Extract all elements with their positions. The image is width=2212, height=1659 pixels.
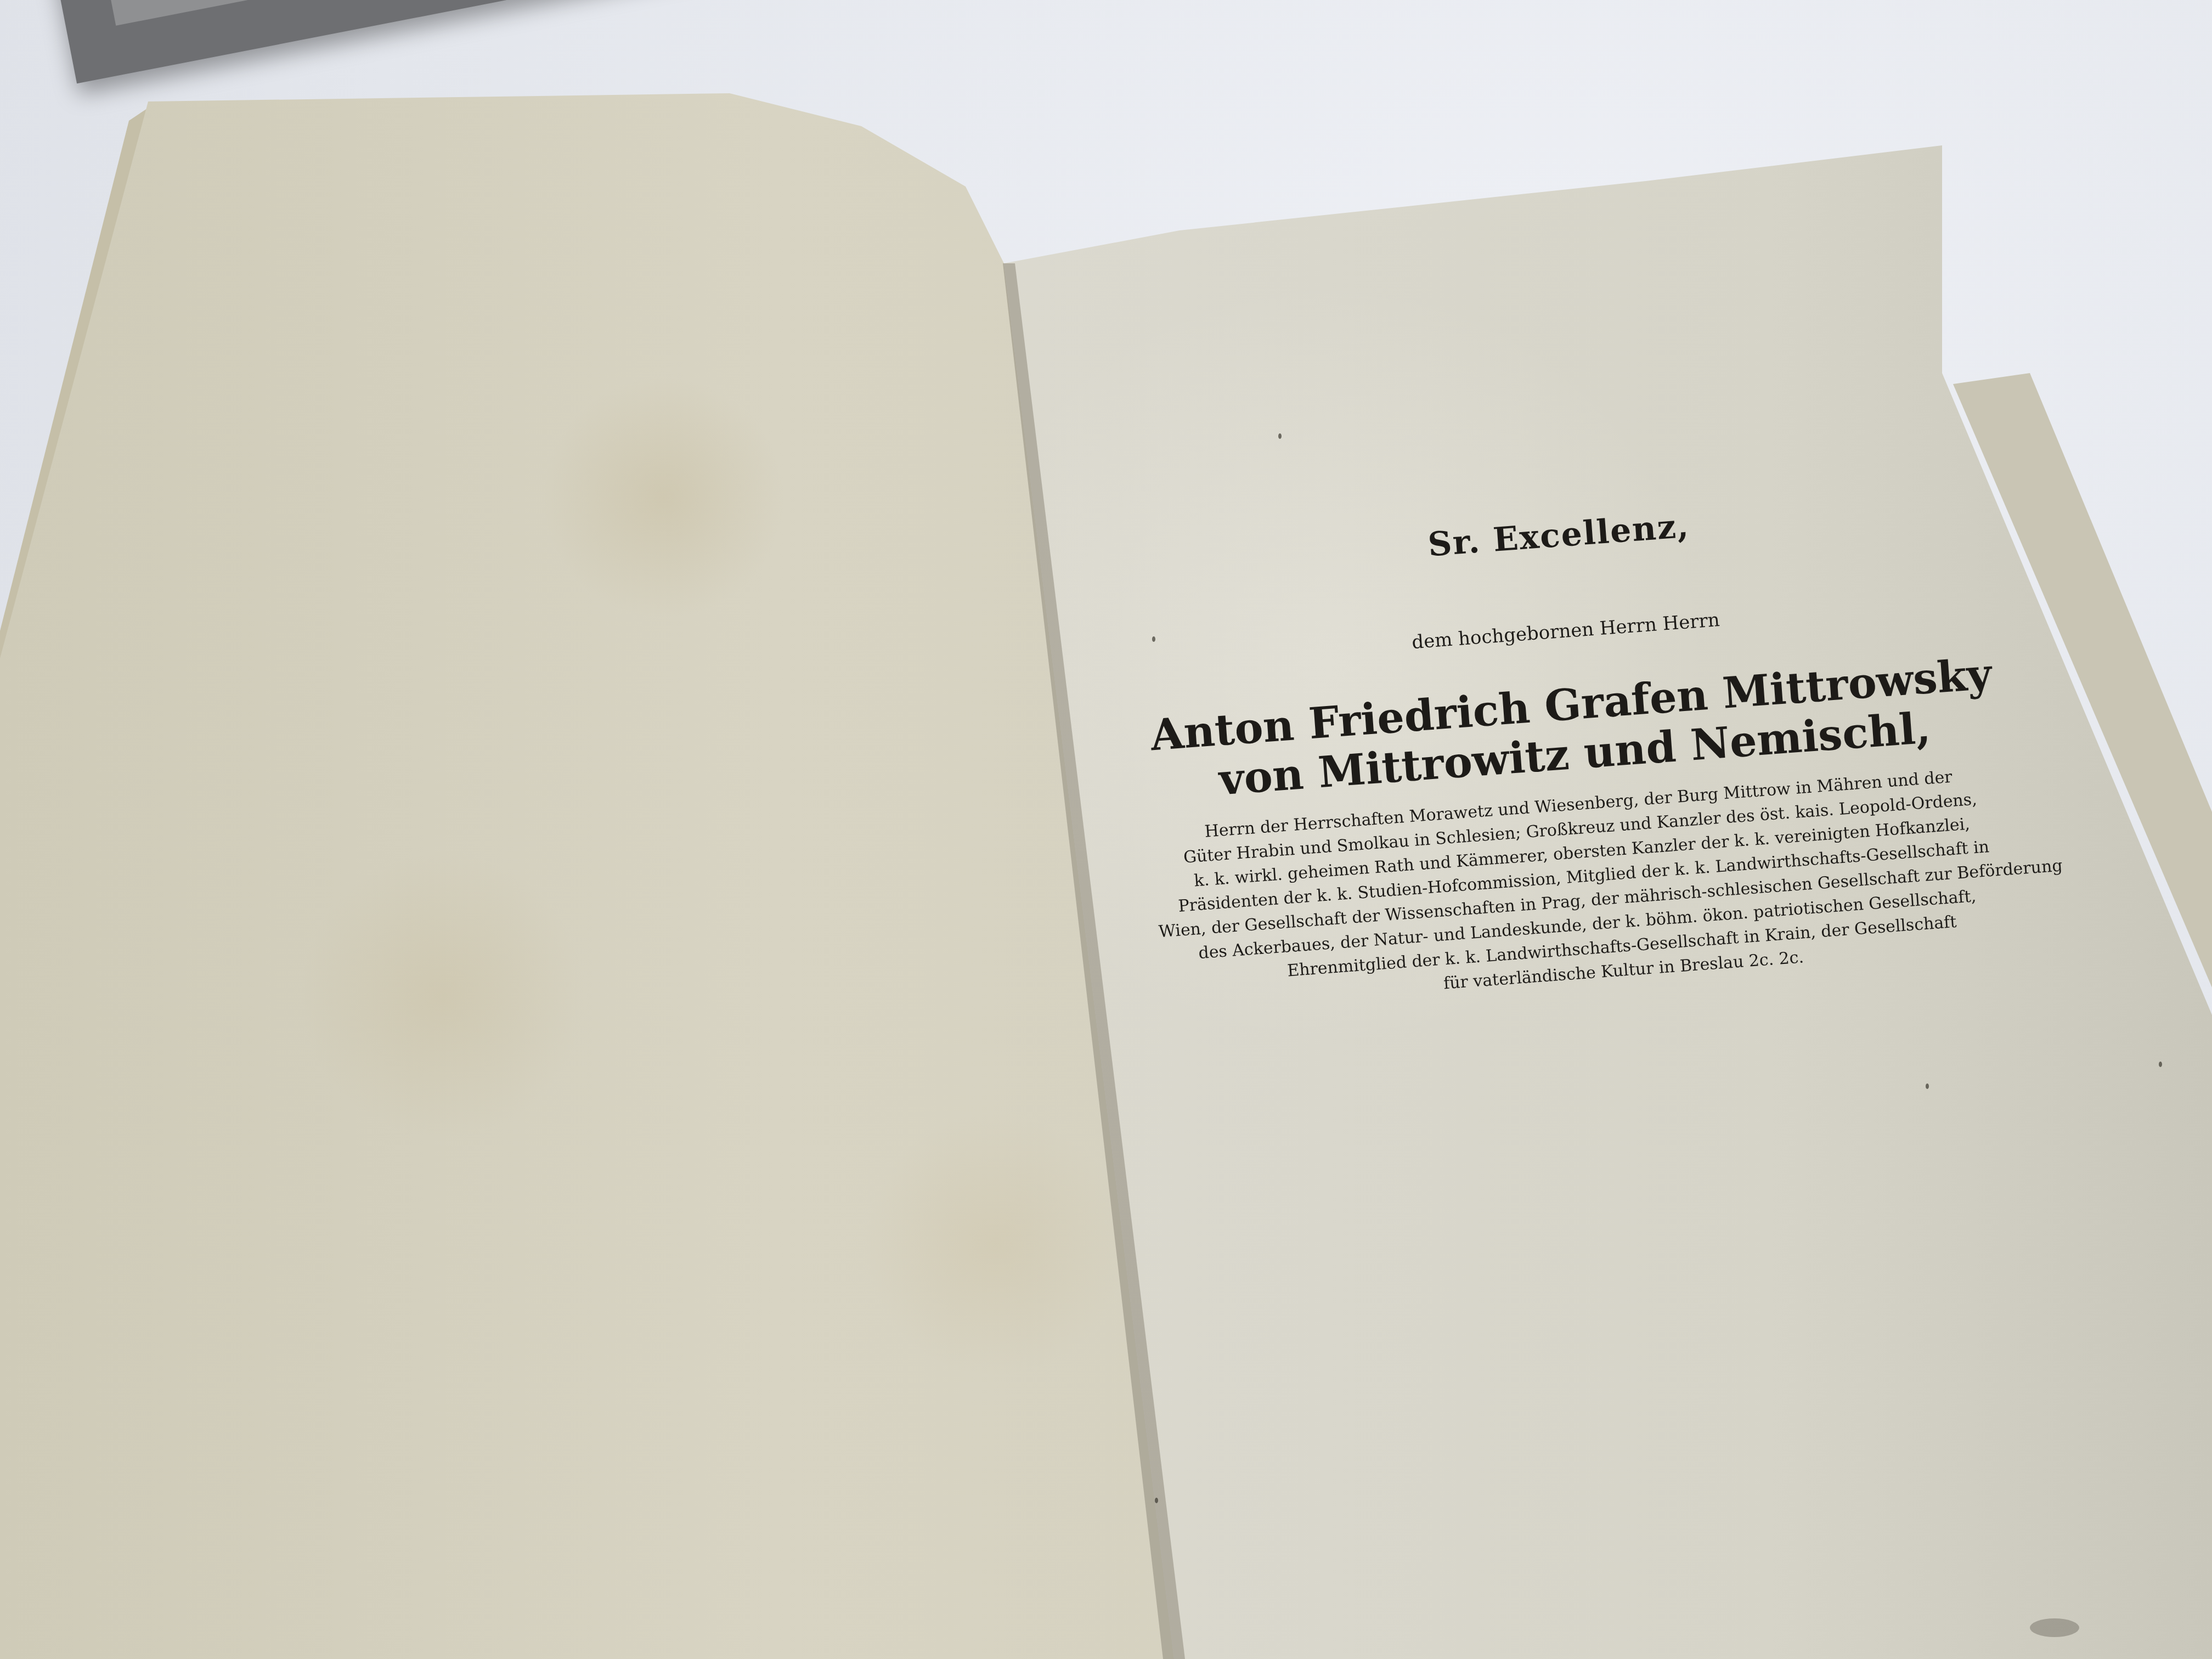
dark-tray [33,0,831,83]
paper-speck [1926,1084,1929,1089]
ink-smudge [2030,1618,2079,1637]
paper-speck [1278,433,1282,439]
dedication-text-block: Sr. Excellenz, dem hochgebornen Herrn He… [1131,485,2019,1017]
paper-speck [2159,1062,2162,1067]
paper-speck [1155,1498,1158,1503]
paper-speck [1152,636,1155,642]
book-photo-scene: Sr. Excellenz, dem hochgebornen Herrn He… [0,0,2212,1659]
